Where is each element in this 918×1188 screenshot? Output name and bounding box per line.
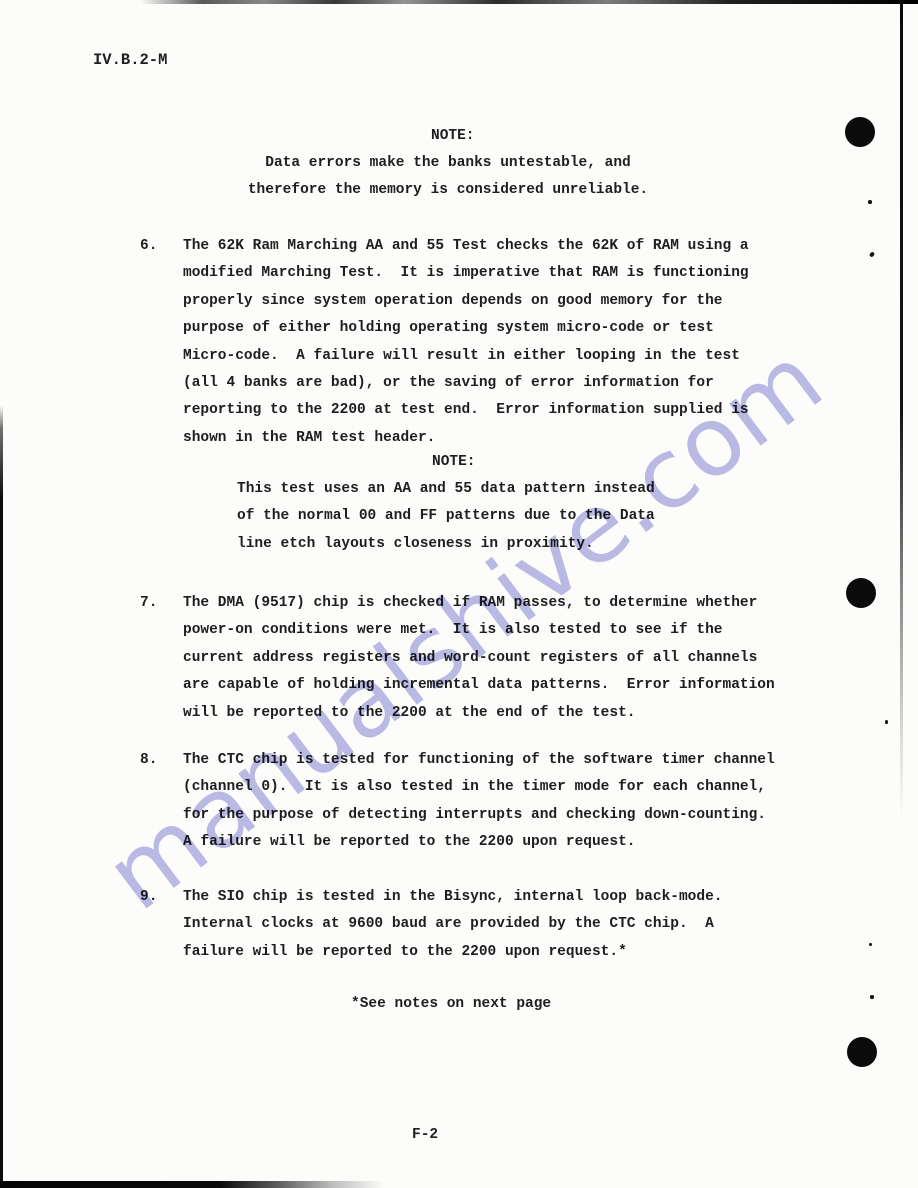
hole-punch-dot-icon: [845, 117, 875, 147]
item-text: The DMA (9517) chip is checked if RAM pa…: [183, 590, 843, 727]
scan-edge-left: [0, 405, 3, 1188]
scan-speck: [868, 200, 872, 204]
item-number: 8.: [140, 747, 157, 774]
note-body: This test uses an AA and 55 data pattern…: [237, 476, 857, 558]
footnote: *See notes on next page: [351, 991, 551, 1018]
scan-speck: [870, 995, 874, 999]
hole-punch-dot-icon: [847, 1037, 877, 1067]
note-label: NOTE:: [431, 123, 475, 150]
item-number: 7.: [140, 590, 157, 617]
scan-speck: [869, 943, 872, 946]
scanned-manual-page: IV.B.2-M NOTE: Data errors make the bank…: [0, 0, 918, 1188]
item-number: 9.: [140, 884, 157, 911]
note-label: NOTE:: [432, 449, 476, 476]
item-number: 6.: [140, 233, 157, 260]
scan-edge-top: [140, 0, 918, 4]
item-text: The CTC chip is tested for functioning o…: [183, 747, 843, 857]
hole-punch-dot-icon: [846, 578, 876, 608]
scan-speck: [869, 251, 875, 257]
item-text: The SIO chip is tested in the Bisync, in…: [183, 884, 843, 966]
scan-edge-right: [900, 0, 903, 820]
section-reference: IV.B.2-M: [93, 47, 167, 74]
scan-edge-bottom: [0, 1181, 400, 1188]
page-number: F-2: [412, 1122, 438, 1149]
scan-speck: [885, 720, 888, 724]
item-text: The 62K Ram Marching AA and 55 Test chec…: [183, 233, 843, 452]
note-body: Data errors make the banks untestable, a…: [148, 150, 748, 205]
